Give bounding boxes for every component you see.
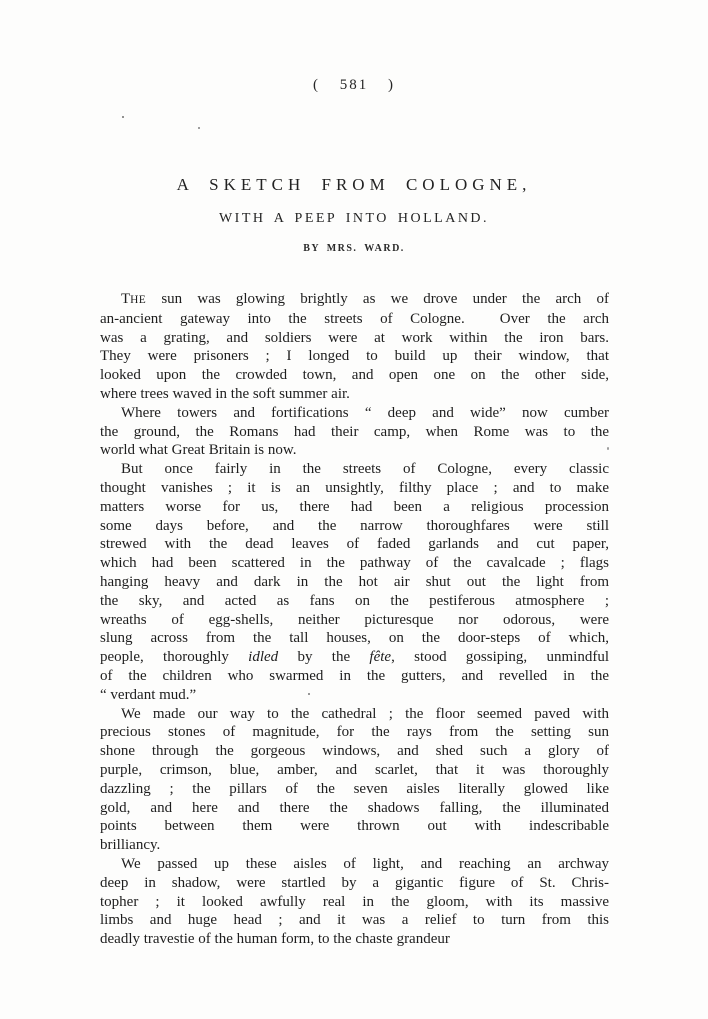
paragraph: Where towers and fortifications “ deep a… — [100, 404, 609, 460]
text-line: was a grating, and soldiers were at work… — [100, 329, 609, 348]
text-line: “ verdant mud.” — [100, 686, 609, 705]
paragraph: THE sun was glowing brightly as we drove… — [100, 290, 609, 404]
text-line: brilliancy. — [100, 836, 609, 855]
text-line: We made our way to the cathedral ; the f… — [100, 705, 609, 724]
text-line: thought vanishes ; it is an unsightly, f… — [100, 479, 609, 498]
text-line: purple, crimson, blue, amber, and scarle… — [100, 761, 609, 780]
text-line: deadly travestie of the human form, to t… — [100, 930, 609, 949]
text-line: strewed with the dead leaves of faded ga… — [100, 535, 609, 554]
article-title: A SKETCH FROM COLOGNE, — [0, 175, 708, 195]
text-line: We passed up these aisles of light, and … — [100, 855, 609, 874]
text-line: limbs and huge head ; and it was a relie… — [100, 911, 609, 930]
paragraph: But once fairly in the streets of Cologn… — [100, 460, 609, 704]
book-page: ( 581 ) A SKETCH FROM COLOGNE, WITH A PE… — [0, 0, 708, 1019]
text-line: They were prisoners ; I longed to build … — [100, 347, 609, 366]
text-line: which had been scattered in the pathway … — [100, 554, 609, 573]
text-line: wreaths of egg-shells, neither picturesq… — [100, 611, 609, 630]
paragraph: We made our way to the cathedral ; the f… — [100, 705, 609, 855]
text-line: matters worse for us, there had been a r… — [100, 498, 609, 517]
text-line: deep in shadow, were startled by a gigan… — [100, 874, 609, 893]
text-line: looked upon the crowded town, and open o… — [100, 366, 609, 385]
text-line: the sky, and acted as fans on the pestif… — [100, 592, 609, 611]
text-line: some days before, and the narrow thoroug… — [100, 517, 609, 536]
page-number: ( 581 ) — [0, 77, 708, 94]
text-line: dazzling ; the pillars of the seven aisl… — [100, 780, 609, 799]
text-line: people, thoroughly idled by the fête, st… — [100, 648, 609, 667]
text-line: of the children who swarmed in the gutte… — [100, 667, 609, 686]
text-line: But once fairly in the streets of Cologn… — [100, 460, 609, 479]
text-line: precious stones of magnitude, for the ra… — [100, 723, 609, 742]
text-line: topher ; it looked awfully real in the g… — [100, 893, 609, 912]
text-line: gold, and here and there the shadows fal… — [100, 799, 609, 818]
article-subtitle: WITH A PEEP INTO HOLLAND. — [0, 211, 708, 227]
text-line: world what Great Britain is now. — [100, 441, 609, 460]
text-line: where trees waved in the soft summer air… — [100, 385, 609, 404]
scan-speck — [122, 116, 124, 118]
text-line: the ground, the Romans had their camp, w… — [100, 423, 609, 442]
text-line: hanging heavy and dark in the hot air sh… — [100, 573, 609, 592]
article-byline: BY MRS. WARD. — [0, 243, 708, 254]
text-line: shone through the gorgeous windows, and … — [100, 742, 609, 761]
text-line: slung across from the tall houses, on th… — [100, 629, 609, 648]
scan-speck — [198, 127, 200, 129]
article-body: THE sun was glowing brightly as we drove… — [100, 290, 609, 949]
text-line: Where towers and fortifications “ deep a… — [100, 404, 609, 423]
text-line: THE sun was glowing brightly as we drove… — [100, 290, 609, 310]
text-line: an-ancient gateway into the streets of C… — [100, 310, 609, 329]
text-line: points between them were thrown out with… — [100, 817, 609, 836]
paragraph: We passed up these aisles of light, and … — [100, 855, 609, 949]
